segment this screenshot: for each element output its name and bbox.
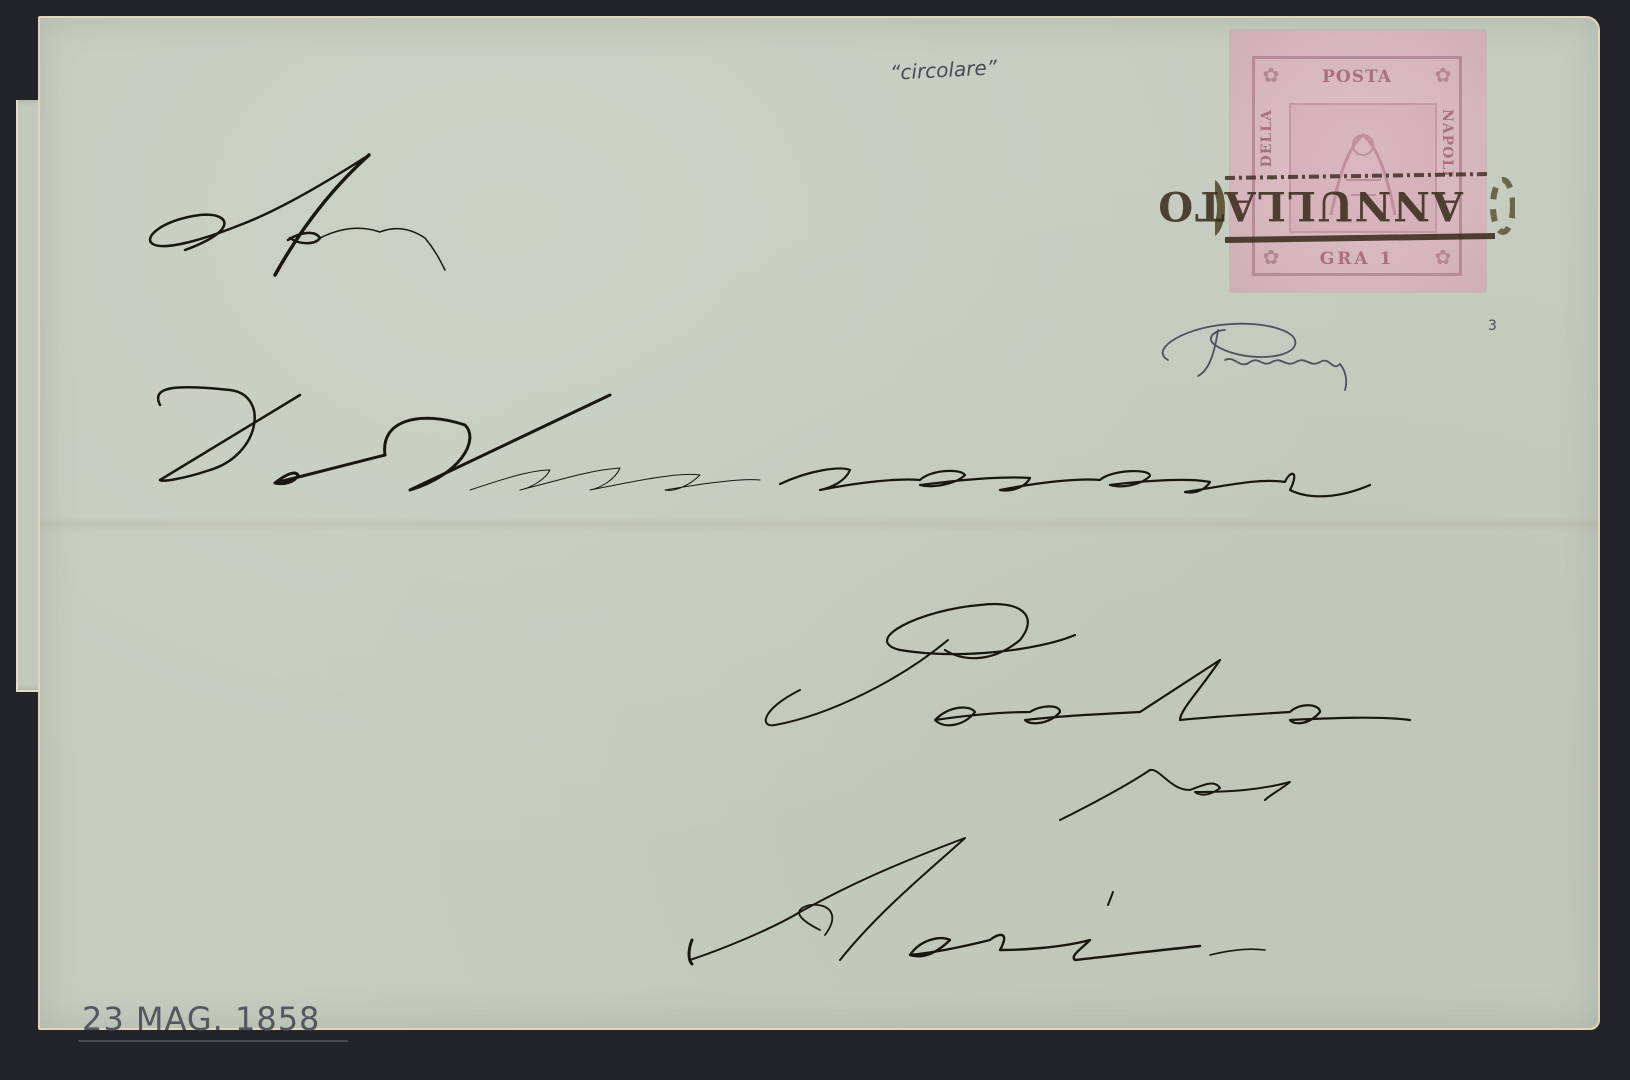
via-script: [1060, 770, 1290, 820]
destination-script: [689, 838, 1265, 964]
date-note: 23 MAG. 1858: [82, 1000, 320, 1038]
town-script: [766, 604, 1410, 725]
handwritten-address: [0, 0, 1630, 1080]
date-underline: [78, 1040, 348, 1042]
salutation-script: [150, 155, 445, 275]
name-script: [158, 387, 1370, 496]
